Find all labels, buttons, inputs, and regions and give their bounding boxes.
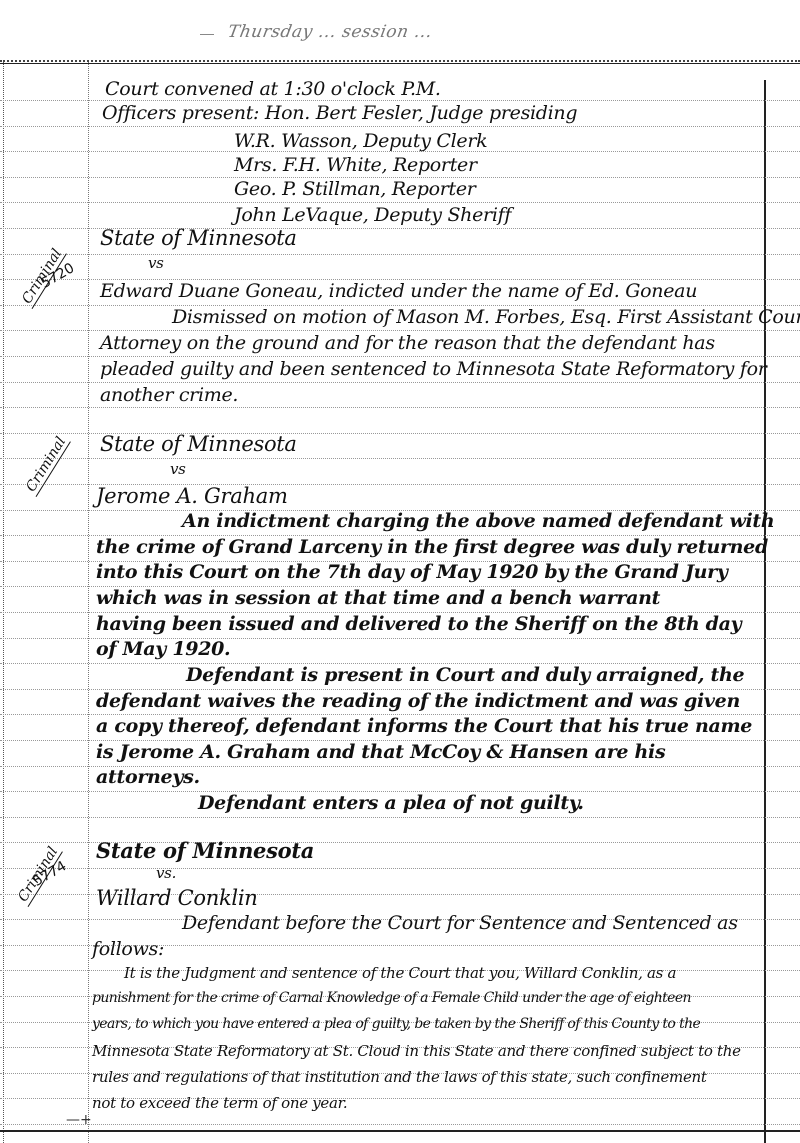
ruled-line xyxy=(0,202,800,203)
case-2-body-line: is Jerome A. Graham and that McCoy & Han… xyxy=(96,741,665,763)
ruled-line xyxy=(0,458,800,459)
plus-mark: —+ xyxy=(66,1112,92,1128)
case-2-defendant: Jerome A. Graham xyxy=(96,484,288,508)
ruled-line xyxy=(0,868,800,869)
ruled-line xyxy=(0,1124,800,1125)
top-rule-dotted xyxy=(0,60,800,62)
ruled-line xyxy=(0,356,800,357)
case-2-body-line: into this Court on the 7th day of May 19… xyxy=(96,561,728,583)
case-1-plaintiff: State of Minnesota xyxy=(100,226,297,250)
faded-header-note: Thursday ... session ... xyxy=(226,22,434,42)
case-3-defendant: Willard Conklin xyxy=(96,886,257,910)
case-3-body-line: years, to which you have entered a plea … xyxy=(92,1016,700,1032)
case-1-body-line: another crime. xyxy=(100,384,238,406)
case-1-defendant: Edward Duane Goneau, indicted under the … xyxy=(100,280,697,302)
ruled-line xyxy=(0,817,800,818)
case-3-body-line: punishment for the crime of Carnal Knowl… xyxy=(92,990,691,1006)
officers-present-line: Officers present: Hon. Bert Fesler, Judg… xyxy=(102,102,577,124)
case-3-body-line: not to exceed the term of one year. xyxy=(92,1094,347,1112)
case-2-body-line: a copy thereof, defendant informs the Co… xyxy=(96,715,752,737)
case-2-body-line: Defendant enters a plea of not guilty. xyxy=(198,792,584,814)
ruled-line xyxy=(0,382,800,383)
case-2-margin-label: Criminal xyxy=(22,432,71,497)
court-convened-line: Court convened at 1:30 o'clock P.M. xyxy=(105,78,441,100)
officers-label: Officers present: xyxy=(102,102,259,124)
case-2-body-line: the crime of Grand Larceny in the first … xyxy=(96,536,768,558)
officer-4: Geo. P. Stillman, Reporter xyxy=(234,178,476,200)
case-2-body-line: of May 1920. xyxy=(96,638,230,660)
ruled-line xyxy=(0,254,800,255)
bottom-rule xyxy=(0,1130,800,1132)
top-rule-solid xyxy=(0,63,800,64)
officer-1: Hon. Bert Fesler, Judge presiding xyxy=(265,102,577,124)
ruled-line xyxy=(0,100,800,101)
case-1-body-line: Attorney on the ground and for the reaso… xyxy=(100,332,715,354)
case-2-plaintiff: State of Minnesota xyxy=(100,432,297,456)
case-2-body-line: attorneys. xyxy=(96,766,200,788)
case-3-body-line: follows: xyxy=(92,938,164,960)
case-2-body-line: Defendant is present in Court and duly a… xyxy=(186,664,744,686)
case-2-body-line: having been issued and delivered to the … xyxy=(96,613,741,635)
case-3-body-line: It is the Judgment and sentence of the C… xyxy=(124,964,676,982)
header-dash xyxy=(200,34,214,35)
case-3-body-line: Defendant before the Court for Sentence … xyxy=(182,912,738,934)
left-margin-line xyxy=(88,62,89,1143)
case-1-versus: vs xyxy=(148,254,164,272)
ruled-line xyxy=(0,126,800,127)
left-edge-line xyxy=(3,62,4,1143)
officer-3: Mrs. F.H. White, Reporter xyxy=(234,154,477,176)
case-2-body-line: An indictment charging the above named d… xyxy=(182,510,774,532)
case-3-body-line: rules and regulations of that institutio… xyxy=(92,1068,707,1086)
ruled-line xyxy=(0,407,800,408)
case-2-body-line: defendant waives the reading of the indi… xyxy=(96,690,740,712)
case-1-body-line: pleaded guilty and been sentenced to Min… xyxy=(100,358,767,380)
case-3-plaintiff: State of Minnesota xyxy=(96,838,314,863)
case-3-body-line: Minnesota State Reformatory at St. Cloud… xyxy=(92,1042,741,1060)
ledger-page: Thursday ... session ... —+ Court conven… xyxy=(0,0,800,1143)
ruled-line xyxy=(0,330,800,331)
case-2-versus: vs xyxy=(170,460,186,478)
case-3-versus: vs. xyxy=(156,864,176,882)
officer-5: John LeVaque, Deputy Sheriff xyxy=(234,204,511,226)
case-2-body-line: which was in session at that time and a … xyxy=(96,587,660,609)
officer-2: W.R. Wasson, Deputy Clerk xyxy=(234,130,487,152)
case-1-body-line: Dismissed on motion of Mason M. Forbes, … xyxy=(172,306,800,328)
